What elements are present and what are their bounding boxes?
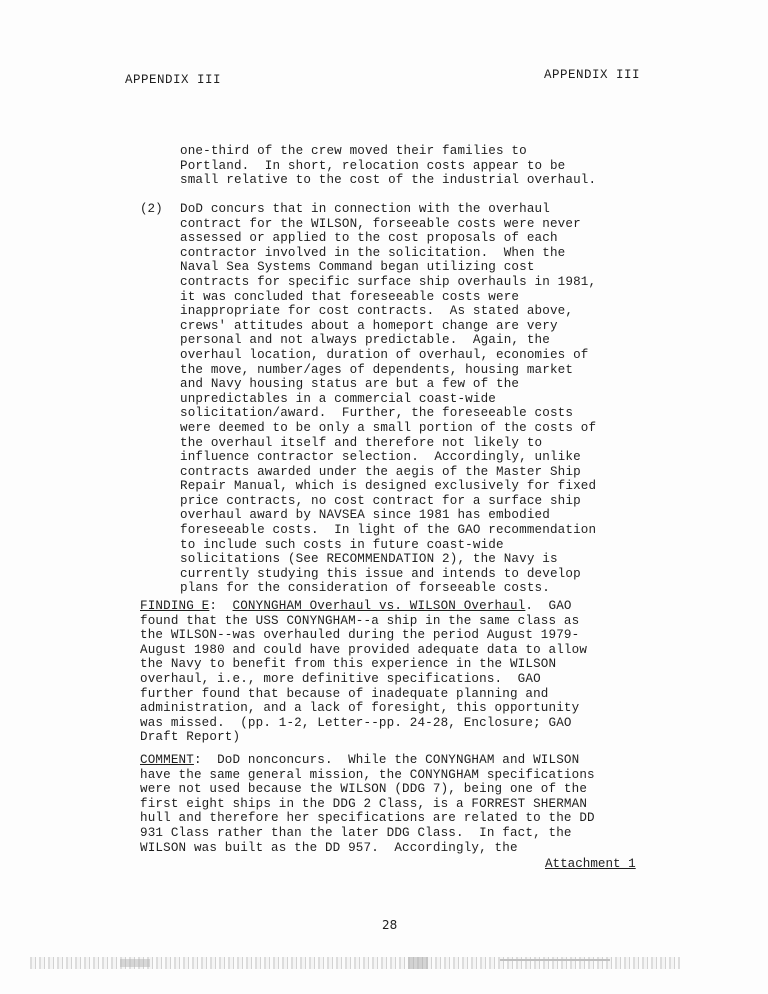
comment-body: have the same general mission, the CONYN… <box>140 768 595 855</box>
finding-title: CONYNGHAM Overhaul vs. WILSON Overhaul <box>233 599 526 613</box>
page-number: 28 <box>382 918 397 932</box>
finding-label: FINDING E <box>140 599 209 613</box>
comment-label: COMMENT <box>140 753 194 767</box>
running-header-left: APPENDIX III <box>125 73 221 87</box>
item-number: (2) <box>140 202 163 217</box>
continuation-paragraph: one-third of the crew moved their famili… <box>180 144 596 188</box>
comment-paragraph: COMMENT: DoD nonconcurs. While the CONYN… <box>140 753 595 855</box>
item-2-paragraph: DoD concurs that in connection with the … <box>180 202 596 596</box>
comment-first-tail: : DoD nonconcurs. While the CONYNGHAM an… <box>194 753 579 767</box>
running-header-right: APPENDIX III <box>544 68 640 82</box>
attachment-label: Attachment 1 <box>545 857 636 871</box>
finding-paragraph: FINDING E: CONYNGHAM Overhaul vs. WILSON… <box>140 599 587 745</box>
finding-body: found that the USS CONYNGHAM--a ship in … <box>140 614 587 745</box>
scan-artifact-strip <box>30 957 680 969</box>
finding-first-tail: . GAO <box>525 599 571 613</box>
